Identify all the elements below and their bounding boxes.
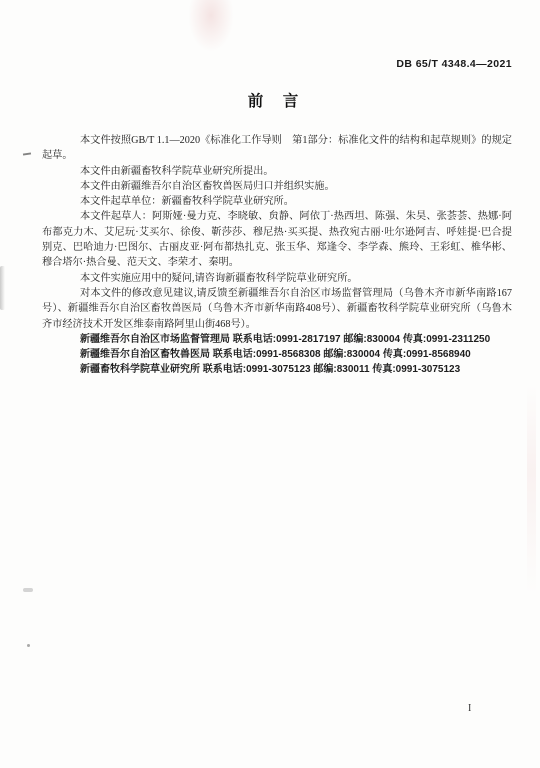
contact-line-animal-husbandry-bureau: 新疆维吾尔自治区畜牧兽医局 联系电话:0991-8568308 邮编:83000… <box>42 347 512 362</box>
scan-speck <box>23 588 33 592</box>
standard-number: DB 65/T 4348.4—2021 <box>396 58 512 70</box>
scan-smudge-left <box>0 266 5 310</box>
scan-mark-dash <box>23 152 31 155</box>
scan-smudge-right <box>527 385 536 595</box>
scanned-document-page: DB 65/T 4348.4—2021 前 言 本文件按照GB/T 1.1—20… <box>0 0 540 768</box>
paragraph-implementation-inquiry: 本文件实施应用中的疑问,请咨询新疆畜牧科学院草业研究所。 <box>42 271 512 286</box>
paragraph-drafters: 本文件起草人：阿斯娅·曼力克、李晓敏、贠静、阿依丁·热西坦、陈强、朱昊、张荟荟、… <box>42 209 512 270</box>
page-number: I <box>468 703 471 714</box>
page-title: 前 言 <box>0 89 540 111</box>
paragraph-drafting-organization: 本文件起草单位：新疆畜牧科学院草业研究所。 <box>42 194 512 209</box>
paragraph-drafting-basis: 本文件按照GB/T 1.1—2020《标准化工作导则 第1部分：标准化文件的结构… <box>42 133 512 164</box>
scan-smudge-top <box>188 0 234 52</box>
foreword-body: 本文件按照GB/T 1.1—2020《标准化工作导则 第1部分：标准化文件的结构… <box>42 133 512 378</box>
paragraph-proposed-by: 本文件由新疆畜牧科学院草业研究所提出。 <box>42 164 512 179</box>
contact-line-market-regulation-bureau: 新疆维吾尔自治区市场监督管理局 联系电话:0991-2817197 邮编:830… <box>42 332 512 347</box>
contact-line-grassland-institute: 新疆畜牧科学院草业研究所 联系电话:0991-3075123 邮编:830011… <box>42 362 512 377</box>
paragraph-centralized-by: 本文件由新疆维吾尔自治区畜牧兽医局归口并组织实施。 <box>42 179 512 194</box>
scan-speck <box>27 644 30 647</box>
paragraph-feedback-addresses: 对本文件的修改意见建议,请反馈至新疆维吾尔自治区市场监督管理局（乌鲁木齐市新华南… <box>42 286 512 332</box>
